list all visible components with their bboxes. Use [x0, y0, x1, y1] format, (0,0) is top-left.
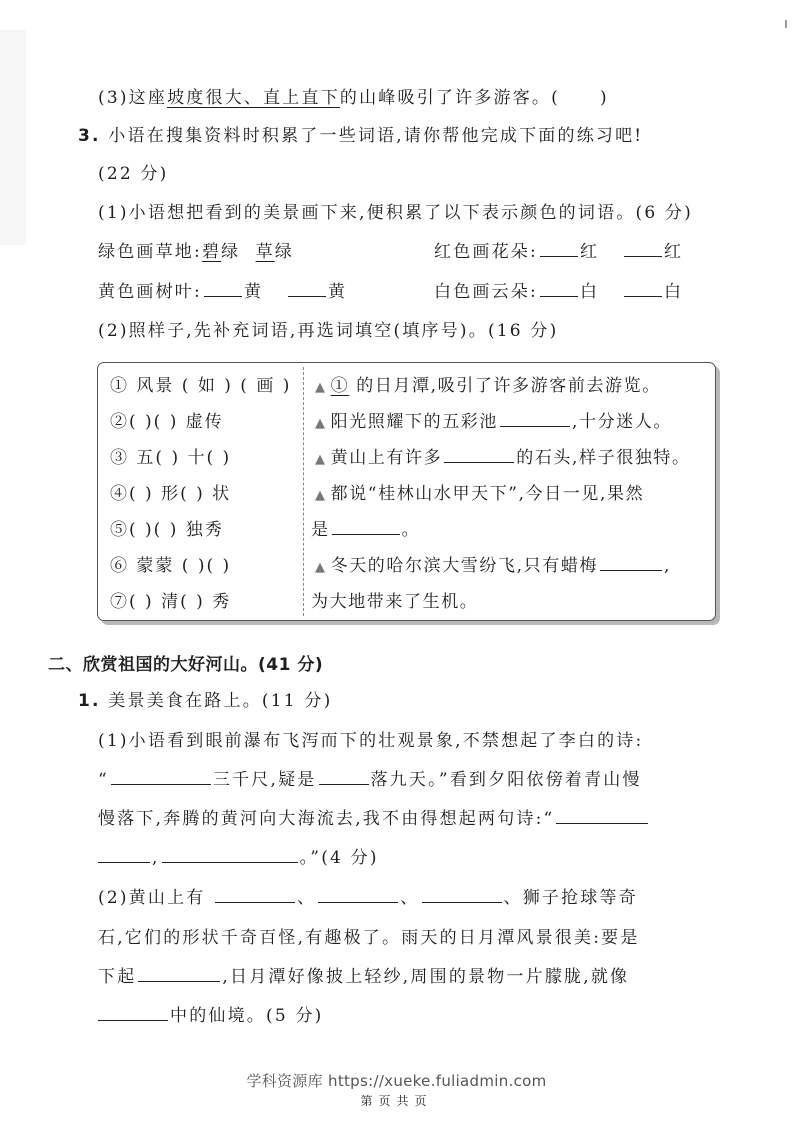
poem-text: 三千尺,疑是	[213, 770, 317, 790]
sentence-4-cont: 是。	[311, 515, 420, 540]
footer-watermark: 学科资源库 https://xueke.fuliadmin.com	[0, 1070, 793, 1091]
sentence-text: 黄山上有许多	[331, 448, 443, 468]
sentence-text: ,	[664, 556, 671, 576]
s2-q1-part1-line2: “三千尺,疑是落九天。”看到夕阳依傍着青山慢	[98, 768, 642, 792]
sentence-text: 是	[311, 520, 330, 540]
example-char: 草	[256, 242, 275, 262]
idiom-item[interactable]: ③ 五( ) 十( )	[110, 443, 231, 468]
text: ,日月潭好像披上轻纱,周围的景物一片朦胧,就像	[222, 967, 629, 987]
dashed-divider	[303, 367, 304, 616]
sentence-3: ▲黄山上有许多的石头,样子很独特。	[315, 443, 691, 468]
s2-q1-number: 1.	[78, 691, 101, 711]
blank-suffix: 黄	[328, 282, 347, 302]
s2-q1-part1-line1: (1)小语看到眼前瀑布飞泻而下的壮观景象,不禁想起了李白的诗:	[98, 729, 643, 753]
sentence-text: 的日月潭,吸引了许多游客前去游览。	[356, 376, 661, 396]
sentence-1: ▲① 的日月潭,吸引了许多游客前去游览。	[315, 371, 661, 396]
q3-part1-instruction: (1)小语想把看到的美景画下来,便积累了以下表示颜色的词语。(6 分)	[98, 201, 693, 225]
blank-suffix: 黄	[244, 282, 263, 302]
fill-blank[interactable]	[540, 240, 578, 257]
sentence-text: 的石头,样子很独特。	[516, 448, 690, 468]
poem-text: 慢落下,奔腾的黄河向大海流去,我不由得想起两句诗:“	[98, 809, 554, 829]
text: 下起	[98, 967, 136, 987]
row-label: 绿色画草地:	[98, 242, 202, 262]
sentence-5: ▲冬天的哈尔滨大雪纷飞,只有蜡梅,	[315, 551, 671, 576]
fill-blank[interactable]	[444, 446, 514, 463]
s2-q1-part2-line1: (2)黄山上有 、、、狮子抢球等奇	[98, 886, 638, 910]
s2-q1-part2-line2: 石,它们的形状千奇百怪,有趣极了。雨天的日月潭风景很美:要是	[98, 926, 640, 950]
text: 中的仙境。(5 分)	[170, 1006, 323, 1026]
triangle-bullet-icon: ▲	[315, 560, 327, 575]
fill-blank[interactable]	[215, 886, 295, 903]
color-row-white: 白色画云朵:白 白	[434, 280, 683, 304]
idiom-item[interactable]: ⑥ 蒙蒙 ( )( )	[110, 551, 231, 576]
fill-blank[interactable]	[422, 886, 502, 903]
q3-number: 3.	[78, 126, 101, 146]
fill-blank[interactable]	[556, 807, 648, 824]
s2-q1-text: 美景美食在路上。(11 分)	[108, 691, 332, 711]
footer-page-number: 第页共页	[0, 1092, 793, 1109]
q3-text: 小语在搜集资料时积累了一些词语,请你帮他完成下面的练习吧!	[108, 126, 643, 146]
sentence-text: ,十分迷人。	[572, 412, 672, 432]
fill-blank[interactable]	[204, 280, 242, 297]
idiom-item[interactable]: ⑦( ) 清( ) 秀	[110, 587, 231, 612]
s2-q1-part2-line3: 下起,日月潭好像披上轻纱,周围的景物一片朦胧,就像	[98, 965, 629, 989]
color-row-yellow: 黄色画树叶:黄 黄	[98, 280, 347, 304]
color-row-green: 绿色画草地:碧绿 草绿	[98, 240, 294, 264]
text: 、狮子抢球等奇	[504, 888, 638, 908]
triangle-bullet-icon: ▲	[315, 416, 327, 431]
blank-suffix: 红	[580, 242, 599, 262]
q2-item-3: (3)这座坡度很大、直上直下的山峰吸引了许多游客。()	[98, 86, 609, 110]
idiom-item[interactable]: ⑤( )( ) 独秀	[110, 515, 224, 540]
sentence-2: ▲阳光照耀下的五彩池,十分迷人。	[315, 407, 672, 432]
color-row-red: 红色画花朵:红 红	[434, 240, 683, 264]
s2-q1-part2-line4: 中的仙境。(5 分)	[98, 1004, 323, 1028]
sentence-text: 。	[402, 520, 421, 540]
sentence-5-cont: 为大地带来了生机。	[311, 587, 478, 612]
fill-blank[interactable]	[98, 846, 150, 863]
fill-blank[interactable]	[319, 768, 369, 785]
example-char: 碧	[202, 242, 221, 262]
triangle-bullet-icon: ▲	[315, 380, 327, 395]
blank-suffix: 白	[664, 282, 683, 302]
q2-item-3-suffix: 的山峰吸引了许多游客。(	[340, 88, 560, 108]
blank-suffix: 红	[664, 242, 683, 262]
s2-q1-part1-line3: 慢落下,奔腾的黄河向大海流去,我不由得想起两句诗:“	[98, 807, 650, 831]
fill-blank[interactable]	[332, 518, 400, 535]
fill-blank[interactable]	[288, 280, 326, 297]
fill-blank[interactable]	[624, 240, 662, 257]
fill-blank[interactable]	[318, 886, 398, 903]
row-label: 红色画花朵:	[434, 242, 538, 262]
fill-blank[interactable]	[98, 1004, 168, 1021]
fill-blank[interactable]	[111, 768, 211, 785]
q2-item-3-close: )	[600, 88, 609, 108]
s2-q1-part1-line4: ,。”(4 分)	[98, 846, 379, 870]
q3-score: (22 分)	[98, 162, 169, 186]
fill-blank[interactable]	[540, 280, 578, 297]
fill-blank[interactable]	[624, 280, 662, 297]
idiom-item[interactable]: ②( )( ) 虚传	[110, 407, 224, 432]
sentence-4: ▲都说“桂林山水甲天下”,今日一见,果然	[315, 479, 644, 504]
fill-blank[interactable]	[500, 410, 570, 427]
s2-q1-heading: 1. 美景美食在路上。(11 分)	[78, 689, 332, 713]
blank-suffix: 白	[580, 282, 599, 302]
poem-text: 落九天。”看到夕阳依傍着青山慢	[371, 770, 642, 790]
q3-heading: 3. 小语在搜集资料时积累了一些词语,请你帮他完成下面的练习吧!	[78, 124, 643, 148]
q2-item-3-prefix: (3)这座	[98, 88, 167, 108]
sentence-text: 冬天的哈尔滨大雪纷飞,只有蜡梅	[331, 556, 598, 576]
row-label: 白色画云朵:	[434, 282, 538, 302]
idiom-item[interactable]: ④( ) 形( ) 状	[110, 479, 231, 504]
example-suffix: 绿	[221, 242, 240, 262]
fill-blank[interactable]	[162, 846, 298, 863]
row-label: 黄色画树叶:	[98, 282, 202, 302]
underlined-phrase: 坡度很大、直上直下	[167, 88, 340, 108]
triangle-bullet-icon: ▲	[315, 452, 327, 467]
separator: 、	[297, 888, 316, 908]
example-suffix: 绿	[275, 242, 294, 262]
text: (2)黄山上有	[98, 888, 205, 908]
idiom-item: ① 风景 ( 如 ) ( 画 )	[110, 371, 291, 396]
fill-blank[interactable]	[138, 965, 220, 982]
score-text: 。”(4 分)	[300, 848, 379, 868]
scan-shadow	[0, 30, 26, 245]
comma: ,	[152, 848, 160, 868]
edge-mark	[785, 20, 787, 28]
triangle-bullet-icon: ▲	[315, 488, 327, 503]
fill-blank[interactable]	[600, 554, 662, 571]
quote-open: “	[98, 770, 109, 790]
sentence-text: 都说“桂林山水甲天下”,今日一见,果然	[331, 484, 645, 504]
example-answer: ①	[331, 376, 350, 396]
q3-part2-instruction: (2)照样子,先补充词语,再选词填空(填序号)。(16 分)	[98, 319, 558, 343]
separator: 、	[400, 888, 419, 908]
idiom-exercise-box: ① 风景 ( 如 ) ( 画 ) ②( )( ) 虚传 ③ 五( ) 十( ) …	[97, 362, 716, 621]
sentence-text: 阳光照耀下的五彩池	[331, 412, 498, 432]
section-2-title: 二、欣赏祖国的大好河山。(41 分)	[48, 650, 323, 675]
